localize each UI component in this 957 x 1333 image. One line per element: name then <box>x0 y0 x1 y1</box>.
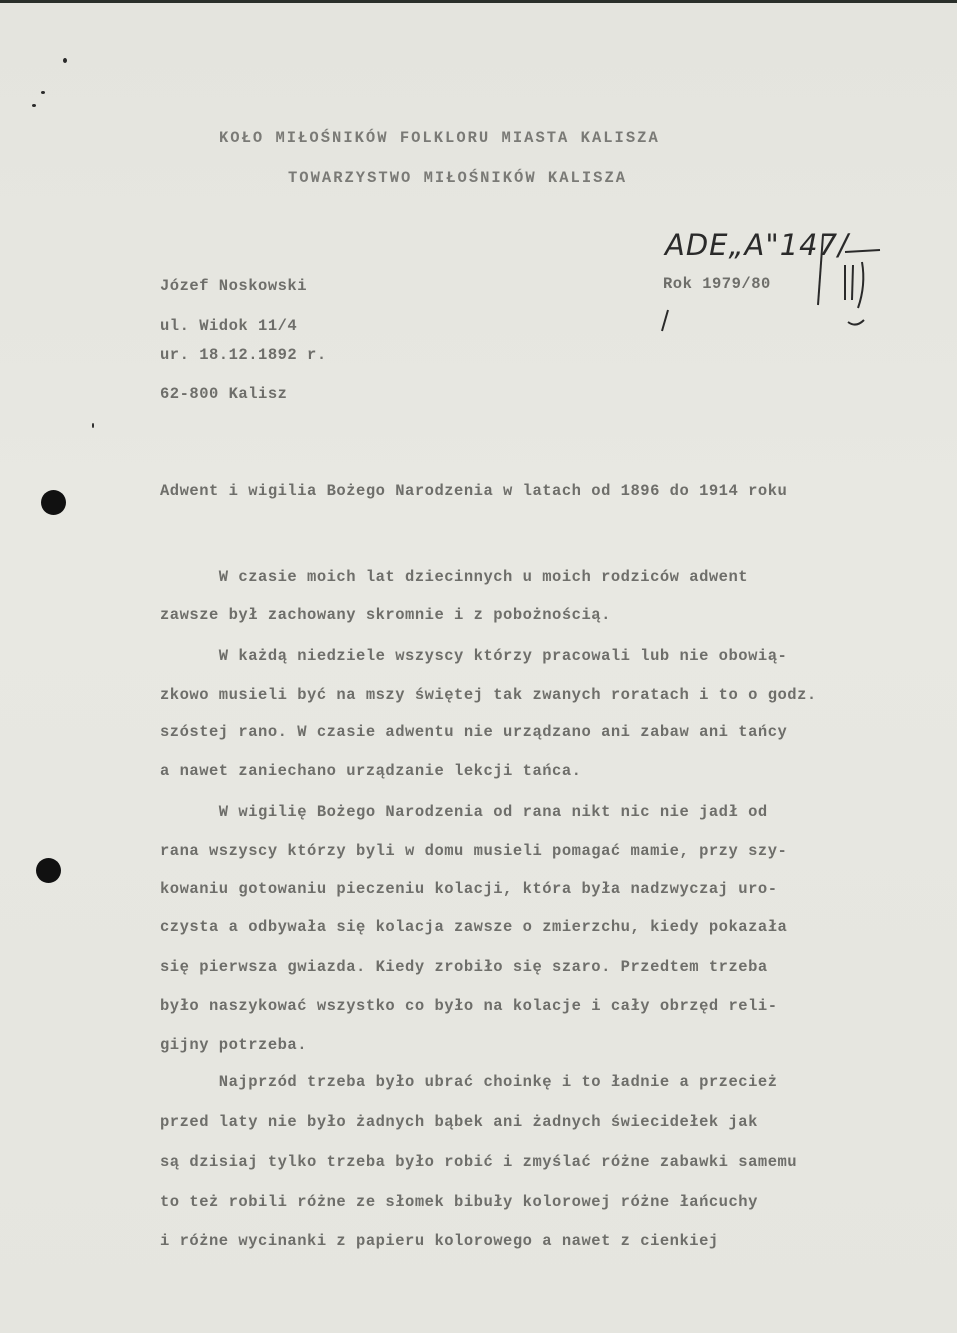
body-line: Najprzód trzeba było ubrać choinkę i to … <box>160 1073 778 1091</box>
body-line: gijny potrzeba. <box>160 1036 307 1054</box>
body-line: rana wszyscy którzy byli w domu musieli … <box>160 842 787 860</box>
body-line: się pierwsza gwiazda. Kiedy zrobiło się … <box>160 958 768 976</box>
punch-hole-bottom <box>36 858 61 883</box>
author-birthdate: ur. 18.12.1892 r. <box>160 346 327 364</box>
body-line: szóstej rano. W czasie adwentu nie urząd… <box>160 723 787 741</box>
document-page: KOŁO MIŁOŚNIKÓW FOLKLORU MIASTA KALISZA … <box>0 0 957 1333</box>
author-name: Józef Noskowski <box>160 277 307 295</box>
body-line: zawsze był zachowany skromnie i z pobożn… <box>160 606 611 624</box>
body-line: i różne wycinanki z papieru kolorowego a… <box>160 1232 719 1250</box>
body-line: to też robili różne ze słomek bibuły kol… <box>160 1193 758 1211</box>
body-line: są dzisiaj tylko trzeba było robić i zmy… <box>160 1153 797 1171</box>
body-line: zkowo musieli być na mszy świętej tak zw… <box>160 686 817 704</box>
body-line: było naszykować wszystko co było na kola… <box>160 997 778 1015</box>
handwritten-page-marks <box>0 0 957 340</box>
body-line: W czasie moich lat dziecinnych u moich r… <box>160 568 748 586</box>
document-title: Adwent i wigilia Bożego Narodzenia w lat… <box>160 482 787 500</box>
body-line: W każdą niedziele wszyscy którzy pracowa… <box>160 647 787 665</box>
year-label: Rok 1979/80 <box>663 275 771 293</box>
author-city: 62-800 Kalisz <box>160 385 287 403</box>
ink-speck <box>92 423 94 428</box>
author-address: ul. Widok 11/4 <box>160 317 297 335</box>
body-line: W wigilię Bożego Narodzenia od rana nikt… <box>160 803 768 821</box>
body-line: przed laty nie było żadnych bąbek ani ża… <box>160 1113 758 1131</box>
body-line: czysta a odbywała się kolacja zawsze o z… <box>160 918 787 936</box>
body-line: kowaniu gotowaniu pieczeniu kolacji, któ… <box>160 880 778 898</box>
body-line: a nawet zaniechano urządzanie lekcji tań… <box>160 762 581 780</box>
punch-hole-top <box>41 490 66 515</box>
